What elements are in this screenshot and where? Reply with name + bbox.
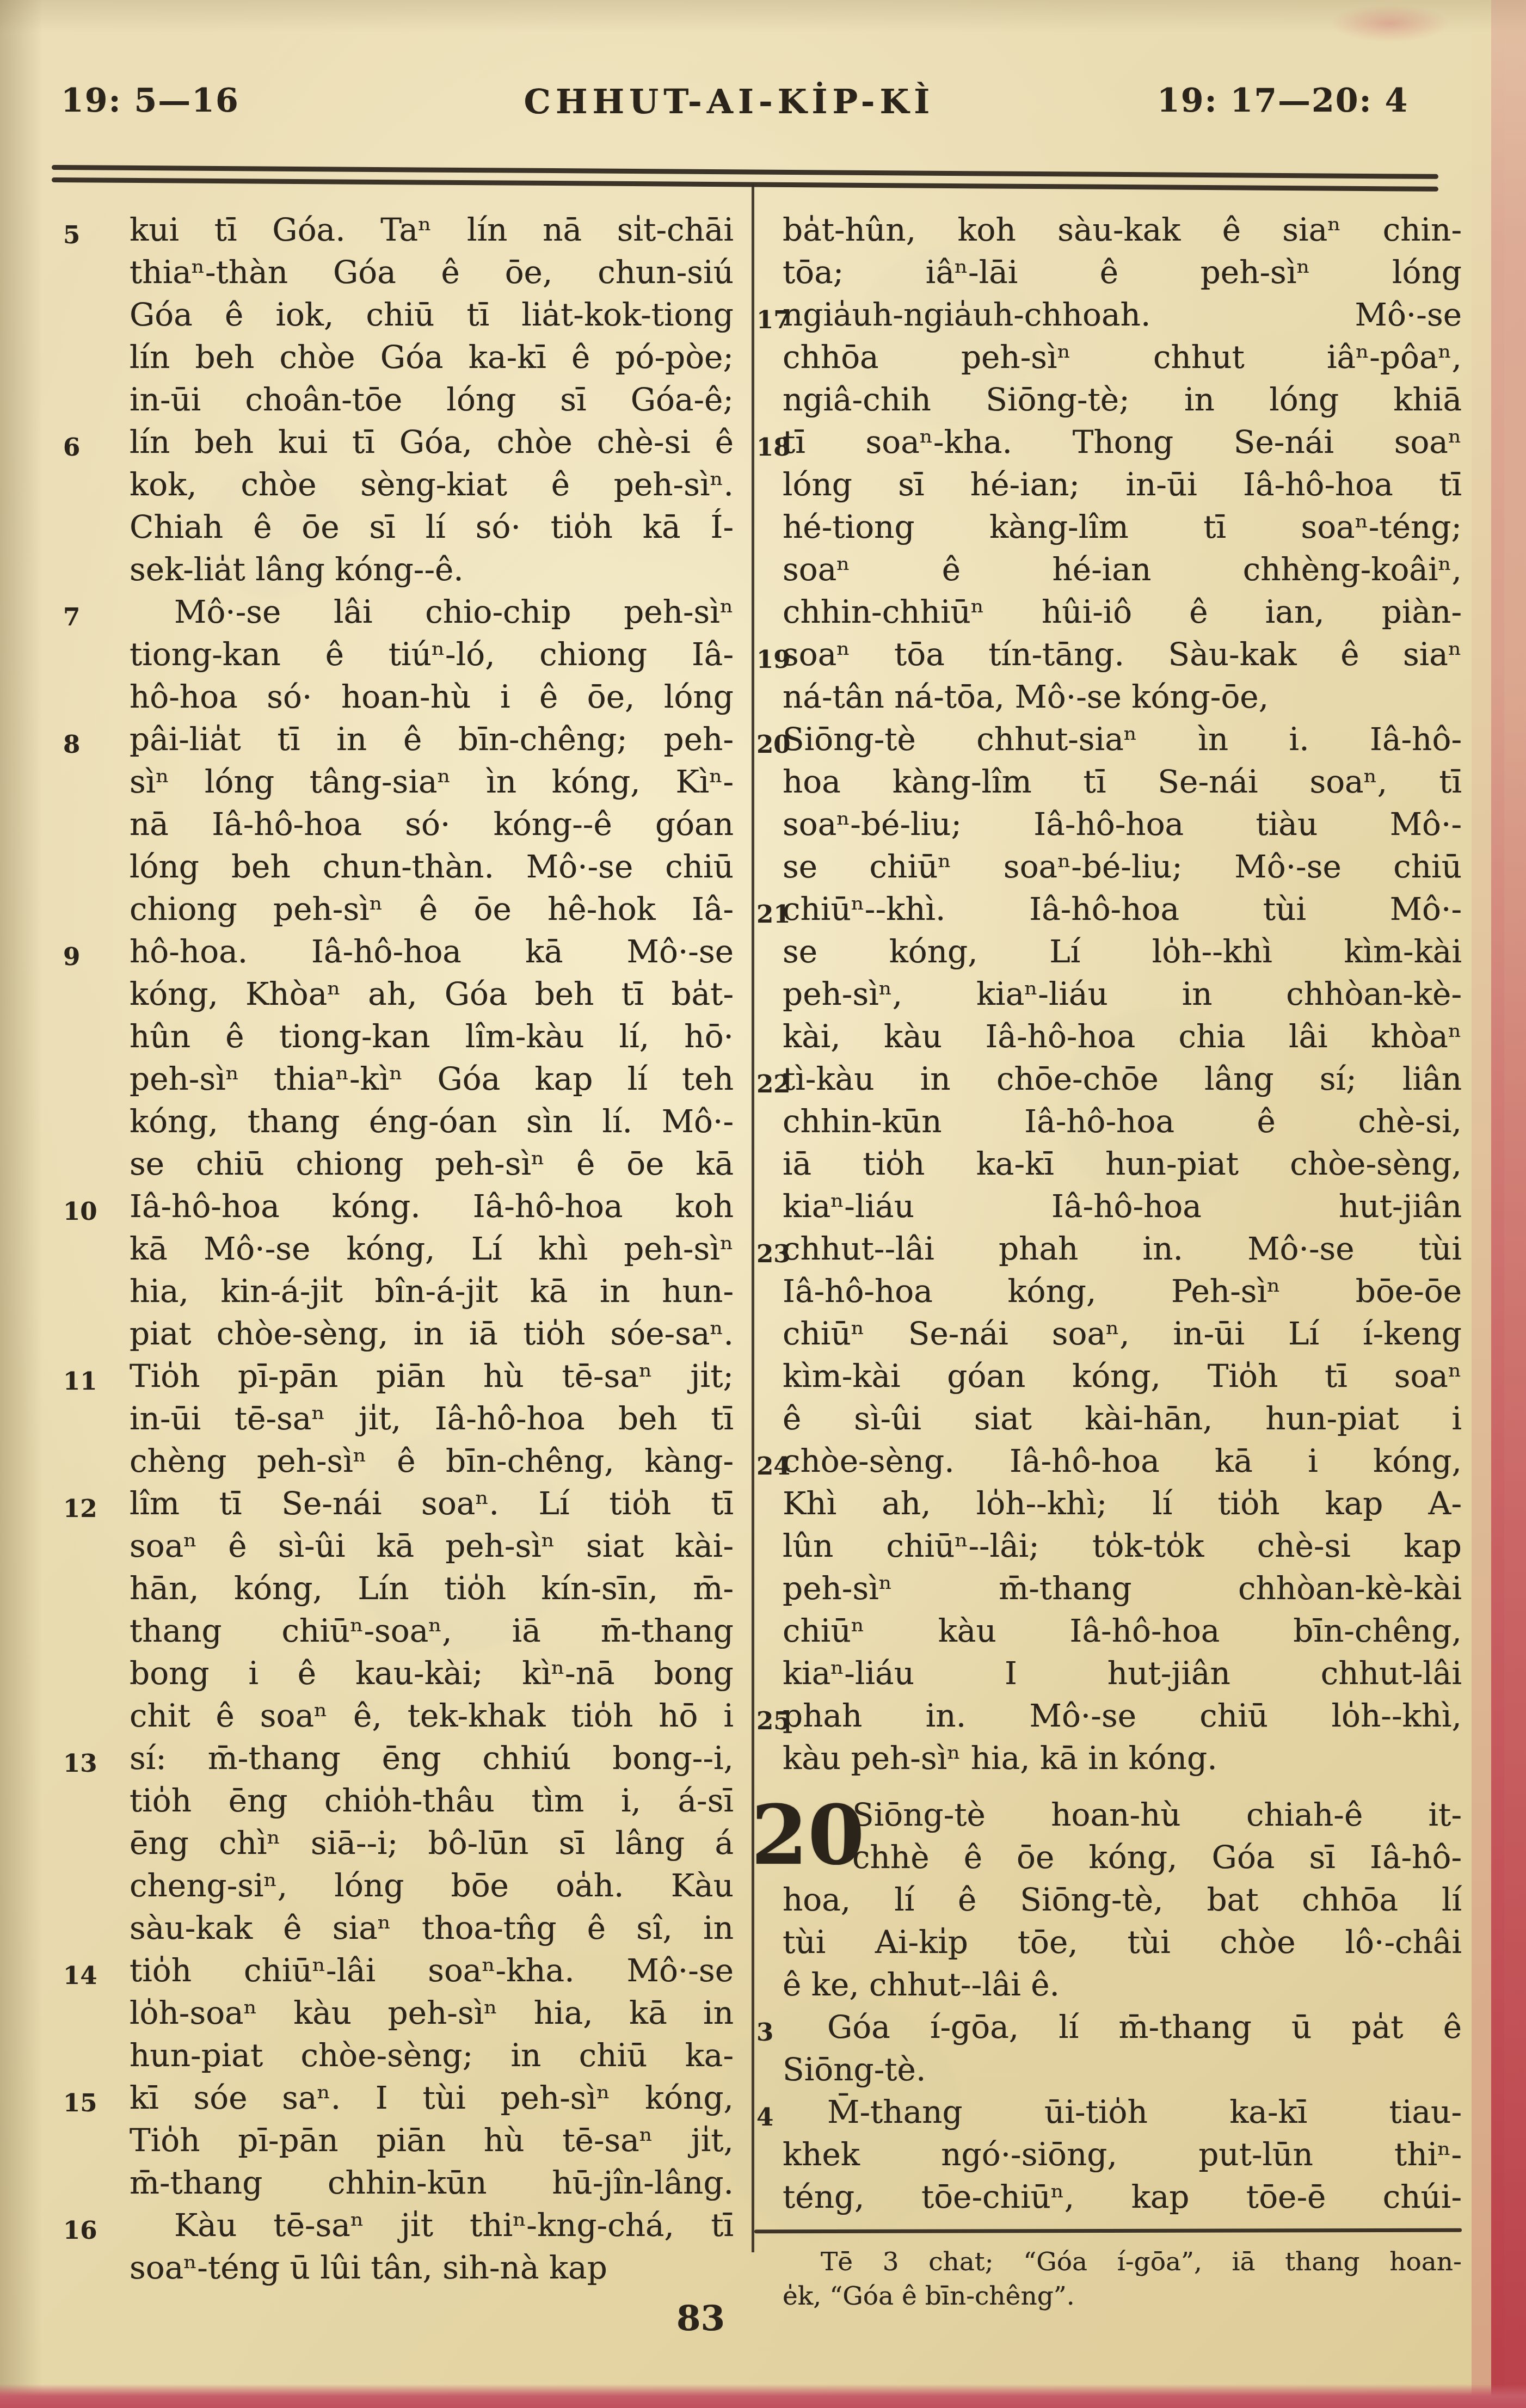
text-line: thiaⁿ-thàn Góa ê ōe, chun-siú [130,251,734,293]
line-text: ná-tân ná-tōa, Mô·-se kóng-ōe, [783,678,1269,715]
line-text: Tio̍h pī-pān piān hù tē-saⁿ ji̍t, [130,2122,734,2159]
text-line: 21chiūⁿ--khì. Iâ-hô-hoa tùi Mô·- [783,888,1462,930]
text-line: Iâ-hô-hoa kóng, Peh-sìⁿ bōe-ōe [783,1270,1462,1312]
column-divider-rule [752,184,754,2252]
text-line: piat chòe-sèng, in iā tio̍h sóe-saⁿ. [130,1312,734,1355]
line-text: kok, chòe sèng-kiat ê peh-sìⁿ. [130,466,734,503]
text-line: kóng, thang éng-óan sìn lí. Mô·- [130,1100,734,1142]
text-line: 19soaⁿ tōa tín-tāng. Sàu-kak ê siaⁿ [783,633,1462,675]
line-text: lóng beh chun-thàn. Mô·-se chiū [130,848,734,885]
text-line: hun-piat chòe-sèng; in chiū ka- [130,2034,734,2077]
text-line: 3Góa í-gōa, lí m̄-thang ū pa̍t ê [783,2006,1462,2048]
line-text: Tē 3 chat; “Góa í-gōa”, iā thang hoan- [821,2247,1462,2277]
verse-number: 23 [756,1233,791,1275]
text-line: nā Iâ-hô-hoa só· kóng--ê góan [130,803,734,845]
verse-number: 3 [756,2011,773,2054]
line-text: tio̍h ēng chio̍h-thâu tìm i, á-sī [130,1782,734,1819]
line-text: chhin-chhiūⁿ hûi-iô ê ian, piàn- [783,593,1462,630]
text-line: 17ngia̍uh-ngia̍uh-chhoah. Mô·-se [783,293,1462,336]
line-text: hia, kin-á-ji̍t bîn-á-ji̍t kā in hun- [130,1273,734,1310]
text-line: chiūⁿ Se-nái soaⁿ, in-ūi Lí í-keng [783,1312,1462,1355]
line-text: pâi-lia̍t tī in ê bīn-chêng; peh- [130,721,734,758]
line-text: lûn chiūⁿ--lâi; to̍k-to̍k chè-si kap [783,1527,1462,1564]
text-line: kiaⁿ-liáu I hut-jiân chhut-lâi [783,1652,1462,1694]
line-text: lín beh kui tī Góa, chòe chè-si ê [130,423,734,460]
text-line: kā Mô·-se kóng, Lí khì peh-sìⁿ [130,1227,734,1270]
text-line: sìⁿ lóng tâng-siaⁿ ìn kóng, Kìⁿ- [130,760,734,803]
running-head-right-reference: 19: 17—20: 4 [1157,82,1408,120]
line-text: kìm-kài góan kóng, Tio̍h tī soaⁿ [783,1357,1462,1395]
line-text: chòe-sèng. Iâ-hô-hoa kā i kóng, [783,1442,1462,1479]
line-text: chiong peh-sìⁿ ê ōe hê-hok Iâ- [130,890,734,927]
line-text: cheng-siⁿ, lóng bōe oa̍h. Kàu [130,1867,734,1904]
line-text: hoa, lí ê Siōng-tè, bat chhōa lí [783,1881,1462,1918]
verse-number: 20 [756,723,791,766]
text-line: ê sì-ûi siat kài-hān, hun-piat i [783,1397,1462,1440]
text-line: hān, kóng, Lín tio̍h kín-sīn, m̄- [130,1567,734,1610]
line-text: téng, tōe-chiūⁿ, kap tōe-ē chúi- [783,2178,1462,2215]
text-line: tiong-kan ê tiúⁿ-ló, chiong Iâ- [130,633,734,675]
verse-number: 5 [63,214,80,256]
gutter-shadow [0,0,42,2408]
verse-number: 24 [756,1445,791,1488]
text-line: 4M̄-thang ūi-tio̍h ka-kī tiau- [783,2091,1462,2133]
text-line: 25phah in. Mô·-se chiū lo̍h--khì, [783,1694,1462,1737]
line-text: lín beh chòe Góa ka-kī ê pó-pòe; [130,339,734,376]
line-text: M̄-thang ūi-tio̍h ka-kī tiau- [827,2093,1462,2130]
red-fore-edge [1491,0,1526,2408]
text-line: 18tī soaⁿ-kha. Thong Se-nái soaⁿ [783,421,1462,463]
line-text: chhut--lâi phah in. Mô·-se tùi [783,1230,1462,1267]
verse-number: 11 [63,1360,97,1403]
line-text: in-ūi tē-saⁿ ji̍t, Iâ-hô-hoa beh tī [130,1400,734,1437]
line-text: in-ūi choân-tōe lóng sī Góa-ê; [130,381,734,418]
text-line: kóng, Khòaⁿ ah, Góa beh tī ba̍t- [130,973,734,1015]
text-line: 16Kàu tē-saⁿ ji̍t thiⁿ-kng-chá, tī [130,2204,734,2246]
text-line: se kóng, Lí lo̍h--khì kìm-kài [783,930,1462,973]
right-column-wrap: ba̍t-hûn, koh sàu-kak ê siaⁿ chin-tōa; i… [783,208,1462,2313]
text-line: chhè ê ōe kóng, Góa sī Iâ-hô- [783,1836,1462,1878]
line-text: kā Mô·-se kóng, Lí khì peh-sìⁿ [130,1230,734,1267]
text-line: iā tio̍h ka-kī hun-piat chòe-sèng, [783,1142,1462,1185]
text-line: ê ke, chhut--lâi ê. [783,1963,1462,2006]
text-line: tùi Ai-ki̍p tōe, tùi chòe lô·-châi [783,1921,1462,1963]
verse-number: 8 [63,723,80,766]
text-line: tio̍h ēng chio̍h-thâu tìm i, á-sī [130,1779,734,1822]
text-line: chiūⁿ kàu Iâ-hô-hoa bīn-chêng, [783,1610,1462,1652]
text-line: ēng chìⁿ siā--i; bô-lūn sī lâng á [130,1822,734,1864]
line-text: chhin-kūn Iâ-hô-hoa ê chè-si, [783,1103,1462,1140]
line-text: Khì ah, lo̍h--khì; lí tio̍h kap A- [783,1485,1462,1522]
footnote-rule [754,2228,1462,2234]
text-line: 11Tio̍h pī-pān piān hù tē-saⁿ ji̍t; [130,1355,734,1397]
line-text: e̍k, “Góa ê bīn-chêng”. [783,2281,1075,2311]
line-text: soaⁿ-bé-liu; Iâ-hô-hoa tiàu Mô·- [783,806,1462,843]
line-text: bong i ê kau-kài; kìⁿ-nā bong [130,1655,734,1692]
verse-number: 18 [756,426,791,469]
text-line: lûn chiūⁿ--lâi; to̍k-to̍k chè-si kap [783,1525,1462,1567]
line-text: sàu-kak ê siaⁿ thoa-tn̂g ê sî, in [130,1909,734,1946]
text-line: lóng sī hé-ian; in-ūi Iâ-hô-hoa tī [783,463,1462,506]
right-column: ba̍t-hûn, koh sàu-kak ê siaⁿ chin-tōa; i… [783,208,1462,2218]
line-text: hoa kàng-lîm tī Se-nái soaⁿ, tī [783,763,1462,800]
text-line: kàu peh-sìⁿ hia, kā in kóng. [783,1737,1462,1779]
text-line: Khì ah, lo̍h--khì; lí tio̍h kap A- [783,1482,1462,1525]
text-line: lín beh chòe Góa ka-kī ê pó-pòe; [130,336,734,378]
text-line: soaⁿ ê sì-ûi kā peh-sìⁿ siat kài- [130,1525,734,1567]
line-text: lo̍h-soaⁿ kàu peh-sìⁿ hia, kā in [130,1994,734,2031]
line-text: nā Iâ-hô-hoa só· kóng--ê góan [130,806,734,843]
line-text: kiaⁿ-liáu I hut-jiân chhut-lâi [783,1655,1462,1692]
text-line: peh-sìⁿ, kiaⁿ-liáu in chhòan-kè- [783,973,1462,1015]
left-column: 5kui tī Góa. Taⁿ lín nā si̍t-chāithiaⁿ-t… [130,208,734,2289]
text-line: chit ê soaⁿ ê, tek-khak tio̍h hō i [130,1694,734,1737]
text-line: in-ūi tē-saⁿ ji̍t, Iâ-hô-hoa beh tī [130,1397,734,1440]
page-number: 83 [676,2298,725,2339]
text-line: soaⁿ ê hé-ian chhèng-koâiⁿ, [783,548,1462,591]
text-line: 20Siōng-tè chhut-siaⁿ ìn i. Iâ-hô- [783,718,1462,760]
text-line: 7Mô·-se lâi chio-chip peh-sìⁿ [130,591,734,633]
line-text: chiūⁿ--khì. Iâ-hô-hoa tùi Mô·- [783,890,1462,927]
line-text: chiūⁿ kàu Iâ-hô-hoa bīn-chêng, [783,1612,1462,1649]
line-text: piat chòe-sèng, in iā tio̍h sóe-saⁿ. [130,1315,734,1352]
text-line: soaⁿ-téng ū lûi tân, sih-nà kap [130,2246,734,2289]
line-text: ê sì-ûi siat kài-hān, hun-piat i [783,1400,1462,1437]
line-text: hān, kóng, Lín tio̍h kín-sīn, m̄- [130,1570,734,1607]
text-line: 24chòe-sèng. Iâ-hô-hoa kā i kóng, [783,1440,1462,1482]
running-head-left-reference: 19: 5—16 [61,82,239,120]
text-line: chhin-chhiūⁿ hûi-iô ê ian, piàn- [783,591,1462,633]
line-text: tōa; iâⁿ-lāi ê peh-sìⁿ lóng [783,254,1462,291]
verse-number: 7 [63,596,80,638]
text-line: se chiū chiong peh-sìⁿ ê ōe kā [130,1142,734,1185]
line-text: chit ê soaⁿ ê, tek-khak tio̍h hō i [130,1697,734,1734]
verse-number: 6 [63,426,80,469]
text-line: tōa; iâⁿ-lāi ê peh-sìⁿ lóng [783,251,1462,293]
verse-number: 22 [756,1063,791,1105]
line-text: hûn ê tiong-kan lîm-kàu lí, hō· [130,1018,734,1055]
line-text: soaⁿ-téng ū lûi tân, sih-nà kap [130,2249,607,2286]
line-text: se chiū chiong peh-sìⁿ ê ōe kā [130,1145,734,1182]
verse-number: 13 [63,1742,97,1785]
text-line: hô-hoa só· hoan-hù i ê ōe, lóng [130,675,734,718]
line-text: tùi Ai-ki̍p tōe, tùi chòe lô·-châi [783,1924,1462,1961]
text-line: e̍k, “Góa ê bīn-chêng”. [783,2279,1462,2313]
line-text: tī soaⁿ-kha. Thong Se-nái soaⁿ [783,423,1462,460]
text-line: Tē 3 chat; “Góa í-gōa”, iā thang hoan- [783,2245,1462,2279]
book-page: 19: 5—16 CHHUT-AI-KİP-KÌ 19: 17—20: 4 5k… [0,0,1526,2408]
line-text: tì-kàu in chōe-chōe lâng sí; liân [783,1060,1462,1097]
verse-number: 25 [756,1700,791,1742]
text-line: kok, chòe sèng-kiat ê peh-sìⁿ. [130,463,734,506]
top-edge-shadow [0,0,1526,33]
line-text: kàu peh-sìⁿ hia, kā in kóng. [783,1740,1217,1777]
line-text: khek ngó·-siōng, put-lūn thiⁿ- [783,2136,1462,2173]
verse-number: 9 [63,936,80,978]
red-bottom-edge [0,2384,1526,2408]
text-line: hoa kàng-lîm tī Se-nái soaⁿ, tī [783,760,1462,803]
text-line: 23chhut--lâi phah in. Mô·-se tùi [783,1227,1462,1270]
line-text: kī sóe saⁿ. I tùi peh-sìⁿ kóng, [130,2079,734,2116]
text-line: 12lîm tī Se-nái soaⁿ. Lí tio̍h tī [130,1482,734,1525]
text-line: hé-tiong kàng-lîm tī soaⁿ-téng; [783,506,1462,548]
red-corner-smudge [1330,4,1450,42]
line-text: sí: m̄-thang ēng chhiú bong--i, [130,1740,734,1777]
line-text: soaⁿ ê sì-ûi kā peh-sìⁿ siat kài- [130,1527,734,1564]
text-line: soaⁿ-bé-liu; Iâ-hô-hoa tiàu Mô·- [783,803,1462,845]
header-rule-top [52,165,1438,179]
chapter-number: 20 [751,1795,865,1876]
line-text: Góa ê iok, chiū tī lia̍t-kok-tiong [130,296,734,333]
line-text: sìⁿ lóng tâng-siaⁿ ìn kóng, Kìⁿ- [130,763,734,800]
text-line: 22tì-kàu in chōe-chōe lâng sí; liân [783,1058,1462,1100]
text-line: 9hô-hoa. Iâ-hô-hoa kā Mô·-se [130,930,734,973]
line-text: kóng, Khòaⁿ ah, Góa beh tī ba̍t- [130,975,734,1012]
line-text: Chiah ê ōe sī lí só· tio̍h kā Í- [130,508,734,545]
text-line: 10Iâ-hô-hoa kóng. Iâ-hô-hoa koh [130,1185,734,1227]
text-line: ba̍t-hûn, koh sàu-kak ê siaⁿ chin- [783,208,1462,251]
text-line: ná-tân ná-tōa, Mô·-se kóng-ōe, [783,675,1462,718]
line-text: peh-sìⁿ, kiaⁿ-liáu in chhòan-kè- [783,975,1462,1012]
text-line: cheng-siⁿ, lóng bōe oa̍h. Kàu [130,1864,734,1907]
verse-number: 15 [63,2082,97,2124]
line-text: Tio̍h pī-pān piān hù tē-saⁿ ji̍t; [130,1357,734,1395]
line-text: iā tio̍h ka-kī hun-piat chòe-sèng, [783,1145,1462,1182]
line-text: sek-lia̍t lâng kóng--ê. [130,551,464,588]
verse-number: 10 [63,1190,97,1233]
line-text: chiūⁿ Se-nái soaⁿ, in-ūi Lí í-keng [783,1315,1462,1352]
text-line: se chiūⁿ soaⁿ-bé-liu; Mô·-se chiū [783,845,1462,888]
text-line: kiaⁿ-liáu Iâ-hô-hoa hut-jiân [783,1185,1462,1227]
text-line: 15kī sóe saⁿ. I tùi peh-sìⁿ kóng, [130,2077,734,2119]
line-text: Siōng-tè. [783,2051,926,2088]
line-text: kui tī Góa. Taⁿ lín nā si̍t-chāi [130,211,734,248]
line-text: kài, kàu Iâ-hô-hoa chia lâi khòaⁿ [783,1018,1462,1055]
text-line: m̄-thang chhin-kūn hū-jîn-lâng. [130,2161,734,2204]
text-line: sek-lia̍t lâng kóng--ê. [130,548,734,591]
line-text: m̄-thang chhin-kūn hū-jîn-lâng. [130,2164,734,2201]
line-text: kóng, thang éng-óan sìn lí. Mô·- [130,1103,734,1140]
line-text: kiaⁿ-liáu Iâ-hô-hoa hut-jiân [783,1188,1462,1225]
text-line: lo̍h-soaⁿ kàu peh-sìⁿ hia, kā in [130,1992,734,2034]
text-line: 8pâi-lia̍t tī in ê bīn-chêng; peh- [130,718,734,760]
running-head-book-title: CHHUT-AI-KİP-KÌ [524,82,935,121]
line-text: hun-piat chòe-sèng; in chiū ka- [130,2037,734,2074]
text-line: in-ūi choân-tōe lóng sī Góa-ê; [130,378,734,421]
text-line: 6lín beh kui tī Góa, chòe chè-si ê [130,421,734,463]
text-line: peh-sìⁿ thiaⁿ-kìⁿ Góa kap lí teh [130,1058,734,1100]
line-text: chhōa peh-sìⁿ chhut iâⁿ-pôaⁿ, [783,339,1462,376]
line-text: peh-sìⁿ m̄-thang chhòan-kè-kài [783,1570,1462,1607]
text-line: Góa ê iok, chiū tī lia̍t-kok-tiong [130,293,734,336]
verse-number: 14 [63,1955,97,1997]
line-text: lîm tī Se-nái soaⁿ. Lí tio̍h tī [130,1485,734,1522]
text-line: Chiah ê ōe sī lí só· tio̍h kā Í- [130,506,734,548]
text-line: chèng peh-sìⁿ ê bīn-chêng, kàng- [130,1440,734,1482]
text-line: bong i ê kau-kài; kìⁿ-nā bong [130,1652,734,1694]
line-text: soaⁿ tōa tín-tāng. Sàu-kak ê siaⁿ [783,636,1462,673]
text-line: chhin-kūn Iâ-hô-hoa ê chè-si, [783,1100,1462,1142]
verse-number: 17 [756,299,791,341]
text-line: Siōng-tè. [783,2048,1462,2091]
line-text: ba̍t-hûn, koh sàu-kak ê siaⁿ chin- [783,211,1462,248]
text-line: sàu-kak ê siaⁿ thoa-tn̂g ê sî, in [130,1907,734,1949]
line-text: Kàu tē-saⁿ ji̍t thiⁿ-kng-chá, tī [174,2207,734,2244]
line-text: ngiâ-chih Siōng-tè; in lóng khiā [783,381,1462,418]
text-line: hûn ê tiong-kan lîm-kàu lí, hō· [130,1015,734,1058]
line-text: soaⁿ ê hé-ian chhèng-koâiⁿ, [783,551,1462,588]
verse-number: 12 [63,1488,97,1530]
line-text: ngia̍uh-ngia̍uh-chhoah. Mô·-se [783,296,1462,333]
verse-number: 21 [756,893,791,936]
text-line: kài, kàu Iâ-hô-hoa chia lâi khòaⁿ [783,1015,1462,1058]
line-text: ēng chìⁿ siā--i; bô-lūn sī lâng á [130,1825,734,1862]
text-line: 14tio̍h chiūⁿ-lâi soaⁿ-kha. Mô·-se [130,1949,734,1992]
line-text: peh-sìⁿ thiaⁿ-kìⁿ Góa kap lí teh [130,1060,734,1097]
text-line: kìm-kài góan kóng, Tio̍h tī soaⁿ [783,1355,1462,1397]
line-text: phah in. Mô·-se chiū lo̍h--khì, [783,1697,1462,1734]
line-text: se chiūⁿ soaⁿ-bé-liu; Mô·-se chiū [783,848,1462,885]
line-text: Siōng-tè chhut-siaⁿ ìn i. Iâ-hô- [783,721,1462,758]
line-text: Iâ-hô-hoa kóng, Peh-sìⁿ bōe-ōe [783,1273,1462,1310]
line-text: lóng sī hé-ian; in-ūi Iâ-hô-hoa tī [783,466,1462,503]
text-line: Siōng-tè hoan-hù chiah-ê it- [783,1793,1462,1836]
line-text: tio̍h chiūⁿ-lâi soaⁿ-kha. Mô·-se [130,1952,734,1989]
text-line: téng, tōe-chiūⁿ, kap tōe-ē chúi- [783,2176,1462,2218]
text-line: hia, kin-á-ji̍t bîn-á-ji̍t kā in hun- [130,1270,734,1312]
line-text: Góa í-gōa, lí m̄-thang ū pa̍t ê [827,2008,1462,2045]
text-line: chhōa peh-sìⁿ chhut iâⁿ-pôaⁿ, [783,336,1462,378]
text-line: peh-sìⁿ m̄-thang chhòan-kè-kài [783,1567,1462,1610]
line-text: Iâ-hô-hoa kóng. Iâ-hô-hoa koh [130,1188,734,1225]
text-line: hoa, lí ê Siōng-tè, bat chhōa lí [783,1878,1462,1921]
line-text: hô-hoa só· hoan-hù i ê ōe, lóng [130,678,734,715]
text-line: 5kui tī Góa. Taⁿ lín nā si̍t-chāi [130,208,734,251]
line-text: thang chiūⁿ-soaⁿ, iā m̄-thang [130,1612,734,1649]
line-text: Mô·-se lâi chio-chip peh-sìⁿ [174,593,734,630]
verse-number: 4 [756,2096,773,2139]
text-line: khek ngó·-siōng, put-lūn thiⁿ- [783,2133,1462,2176]
header-rule-bottom [52,177,1438,192]
text-line: 13sí: m̄-thang ēng chhiú bong--i, [130,1737,734,1779]
line-text: chèng peh-sìⁿ ê bīn-chêng, kàng- [130,1442,734,1479]
text-line: chiong peh-sìⁿ ê ōe hê-hok Iâ- [130,888,734,930]
text-line: thang chiūⁿ-soaⁿ, iā m̄-thang [130,1610,734,1652]
text-line: ngiâ-chih Siōng-tè; in lóng khiā [783,378,1462,421]
line-text: chhè ê ōe kóng, Góa sī Iâ-hô- [852,1839,1462,1876]
line-text: hô-hoa. Iâ-hô-hoa kā Mô·-se [130,933,734,970]
line-text: ê ke, chhut--lâi ê. [783,1966,1060,2003]
line-text: tiong-kan ê tiúⁿ-ló, chiong Iâ- [130,636,734,673]
text-line: Tio̍h pī-pān piān hù tē-saⁿ ji̍t, [130,2119,734,2161]
line-text: hé-tiong kàng-lîm tī soaⁿ-téng; [783,508,1462,545]
line-text: se kóng, Lí lo̍h--khì kìm-kài [783,933,1462,970]
text-line: lóng beh chun-thàn. Mô·-se chiū [130,845,734,888]
line-text: Siōng-tè hoan-hù chiah-ê it- [852,1796,1462,1833]
verse-number: 19 [756,638,791,681]
line-text: thiaⁿ-thàn Góa ê ōe, chun-siú [130,254,734,291]
verse-number: 16 [63,2209,97,2252]
footnote: Tē 3 chat; “Góa í-gōa”, iā thang hoan-e̍… [783,2245,1462,2313]
